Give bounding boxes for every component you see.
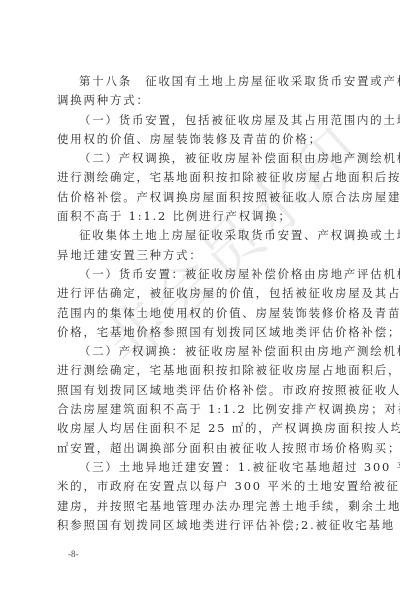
text-line: 征收集体土地上房屋征收采取货币安置、产权调换或土地 (57, 226, 349, 245)
document-page: 非会员水印 第十八条 征收国有土地上房屋征收采取货币安置或产权 调换两种方式： … (0, 0, 400, 600)
text-line: 异地迁建安置三种方式： (57, 246, 349, 265)
text-line: 合法房屋建筑面积不高于 1:1.2 比例安排产权调换房；对被征 (57, 400, 349, 419)
text-line: （一）货币安置：被征收房屋补偿价格由房地产评估机构 (57, 265, 349, 284)
text-line: ㎡安置，超出调换部分面积由被征收人按照市场价格购买； (57, 439, 349, 458)
text-line: 估价格补偿。产权调换房屋面积按照被征收人原合法房屋建筑 (57, 188, 349, 207)
text-line: 照国有划拨同区域地类评估价格补偿。市政府按照被征收人原 (57, 381, 349, 400)
text-line: （一）货币安置，包括被征收房屋及其占用范围内的土地 (57, 111, 349, 130)
text-line: 调换两种方式： (57, 91, 349, 110)
text-line: 价格，宅基地价格参照国有划拨同区域地类评估价格补偿； (57, 323, 349, 342)
text-line: 进行测绘确定，宅基地面积按扣除被征收房屋占地面积后按评 (57, 168, 349, 187)
text-line: （三）土地异地迁建安置：1.被征收宅基地超过 300 平方 (57, 458, 349, 477)
text-line: 建房，并按照宅基地管理办法办理完善土地手续，剩余土地面 (57, 497, 349, 516)
text-line: （二）产权调换：被征收房屋补偿面积由房地产测绘机构 (57, 342, 349, 361)
body-text: 第十八条 征收国有土地上房屋征收采取货币安置或产权 调换两种方式： （一）货币安… (57, 72, 349, 535)
text-line: 使用权的价值、房屋装饰装修及青苗的价格； (57, 130, 349, 149)
text-line: 积参照国有划拨同区域地类进行评估补偿;2.被征收宅基地 120 (57, 516, 349, 535)
text-line: 范围内的集体土地使用权的价值、房屋装饰装修价格及青苗的 (57, 304, 349, 323)
page-number: -8- (68, 549, 79, 559)
text-line: 进行测绘确定，宅基地面积按扣除被征收房屋占地面积后，参 (57, 361, 349, 380)
text-line: （二）产权调换，被征收房屋补偿面积由房地产测绘机构 (57, 149, 349, 168)
text-line: 进行评估确定，被征收房屋的价值，包括被征收房屋及其占用 (57, 284, 349, 303)
text-line: 米的，市政府在安置点以每户 300 平米的土地安置给被征收人 (57, 477, 349, 496)
text-line: 面积不高于 1:1.2 比例进行产权调换； (57, 207, 349, 226)
text-line: 第十八条 征收国有土地上房屋征收采取货币安置或产权 (57, 72, 349, 91)
text-line: 收房屋人均居住面积不足 25 ㎡的，产权调换房面积按人均 25 (57, 419, 349, 438)
